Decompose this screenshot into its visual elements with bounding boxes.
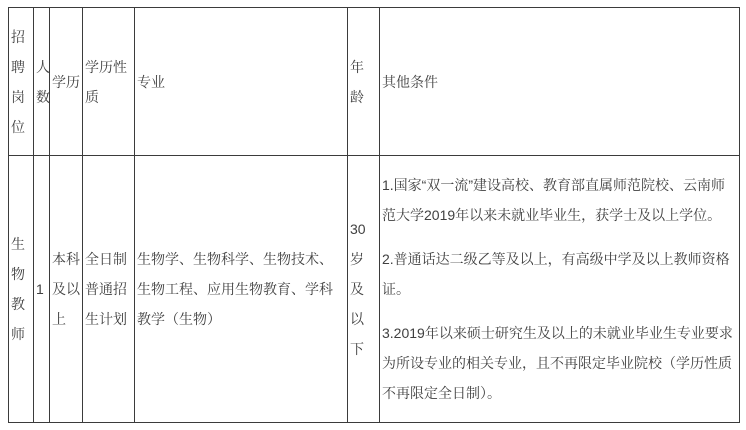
cell-education: 本科及以上: [50, 156, 83, 423]
cell-education-type: 全日制普通招生计划: [83, 156, 135, 423]
recruitment-table: 招聘岗位 人数 学历 学历性质 专业 年龄 其他条件 生物教师 1 本科及以上 …: [8, 7, 740, 423]
cell-other-conditions: 1.国家“双一流”建设高校、教育部直属师范院校、云南师范大学2019年以来未就业…: [380, 156, 740, 423]
cell-count: 1: [34, 156, 50, 423]
header-cell-other-conditions: 其他条件: [380, 8, 740, 156]
header-cell-age: 年龄: [348, 8, 380, 156]
table-row: 生物教师 1 本科及以上 全日制普通招生计划 生物学、生物科学、生物技术、生物工…: [9, 156, 740, 423]
table-header-row: 招聘岗位 人数 学历 学历性质 专业 年龄 其他条件: [9, 8, 740, 156]
header-cell-education: 学历: [50, 8, 83, 156]
header-cell-major: 专业: [135, 8, 348, 156]
other-condition-1: 1.国家“双一流”建设高校、教育部直属师范院校、云南师范大学2019年以来未就业…: [382, 170, 737, 230]
other-condition-3: 3.2019年以来硕士研究生及以上的未就业毕业生专业要求为所设专业的相关专业，且…: [382, 318, 737, 408]
header-cell-education-type: 学历性质: [83, 8, 135, 156]
cell-age: 30岁及以下: [348, 156, 380, 423]
header-cell-position: 招聘岗位: [9, 8, 34, 156]
cell-position: 生物教师: [9, 156, 34, 423]
header-cell-count: 人数: [34, 8, 50, 156]
other-condition-2: 2.普通话达二级乙等及以上，有高级中学及以上教师资格证。: [382, 244, 737, 304]
cell-major: 生物学、生物科学、生物技术、生物工程、应用生物教育、学科教学（生物）: [135, 156, 348, 423]
